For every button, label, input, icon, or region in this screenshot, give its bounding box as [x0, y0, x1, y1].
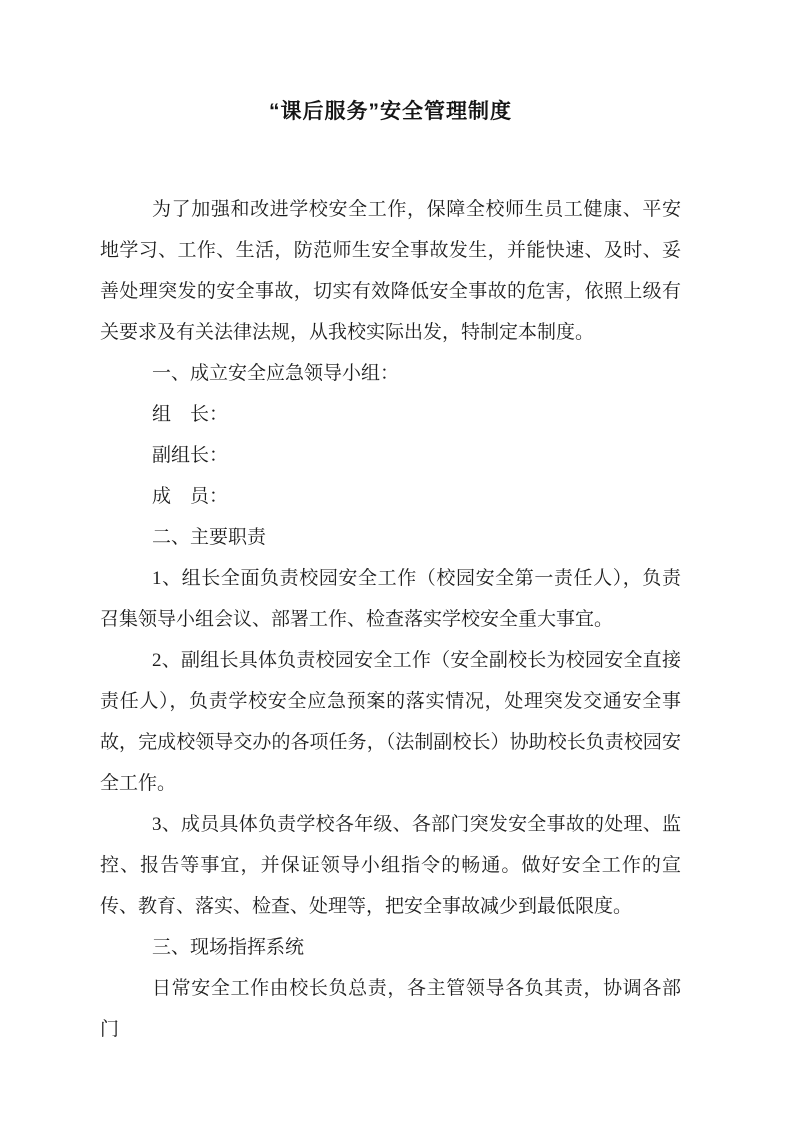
document-page: “课后服务”安全管理制度 为了加强和改进学校安全工作，保障全校师生员工健康、平安…	[0, 0, 793, 1122]
paragraph: 成 员：	[100, 476, 681, 517]
paragraph: 二、主要职责	[100, 517, 681, 558]
paragraph: 组 长：	[100, 394, 681, 435]
paragraph: 为了加强和改进学校安全工作，保障全校师生员工健康、平安地学习、工作、生活，防范师…	[100, 189, 681, 353]
paragraph: 2、副组长具体负责校园安全工作（安全副校长为校园安全直接责任人），负责学校安全应…	[100, 640, 681, 804]
paragraph: 一、成立安全应急领导小组：	[100, 353, 681, 394]
document-title: “课后服务”安全管理制度	[100, 96, 681, 128]
paragraph: 3、成员具体负责学校各年级、各部门突发安全事故的处理、监控、报告等事宜，并保证领…	[100, 804, 681, 927]
document-body: 为了加强和改进学校安全工作，保障全校师生员工健康、平安地学习、工作、生活，防范师…	[100, 189, 681, 1050]
paragraph: 1、组长全面负责校园安全工作（校园安全第一责任人），负责召集领导小组会议、部署工…	[100, 558, 681, 640]
paragraph: 三、现场指挥系统	[100, 927, 681, 968]
paragraph: 副组长：	[100, 435, 681, 476]
paragraph: 日常安全工作由校长负总责，各主管领导各负其责，协调各部门	[100, 968, 681, 1050]
